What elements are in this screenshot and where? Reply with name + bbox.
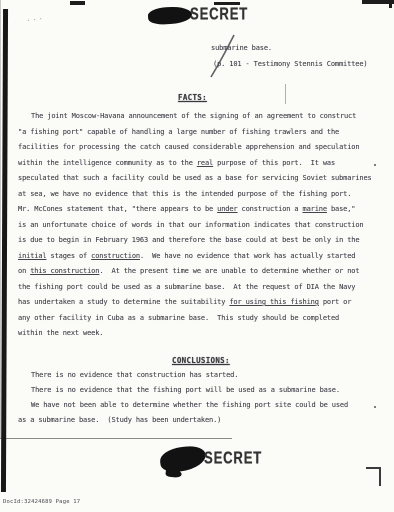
conclusions-list: There is no evidence that construction h… bbox=[18, 368, 380, 428]
conclusion-line: There is no evidence that construction h… bbox=[18, 368, 380, 383]
facts-line: "a fishing port" capable of handling a l… bbox=[18, 125, 380, 141]
facts-line: within the intelligence community as to … bbox=[18, 156, 380, 172]
facts-line: within the next week. bbox=[18, 326, 380, 342]
conclusion-line: There is no evidence that the fishing po… bbox=[18, 383, 380, 398]
annotation-citation: (p. 101 - Testimony Stennis Committee) bbox=[213, 60, 367, 68]
annotation-subject: submarine base. bbox=[211, 44, 272, 52]
facts-heading: FACTS: bbox=[178, 93, 207, 102]
document-page: ... SECRET submarine base. (p. 101 - Tes… bbox=[0, 0, 394, 512]
ink-blot-icon bbox=[159, 444, 208, 473]
scan-fold-mark bbox=[285, 84, 286, 104]
secret-stamp-top: SECRET bbox=[148, 6, 261, 24]
scan-corner-bracket bbox=[366, 467, 381, 486]
scan-edge-left-bar bbox=[1, 9, 8, 492]
secret-stamp-label: SECRET bbox=[204, 449, 262, 468]
pencil-marks: ... bbox=[26, 13, 46, 24]
facts-line: any other facility in Cuba as a submarin… bbox=[18, 311, 380, 327]
facts-line: The joint Moscow-Havana announcement of … bbox=[18, 109, 380, 125]
facts-line: at sea, we have no evidence that this is… bbox=[18, 187, 380, 203]
facts-line: initial stages of construction. We have … bbox=[18, 249, 380, 265]
scan-edge-inner-line bbox=[0, 0, 1, 438]
ink-blot-icon bbox=[147, 5, 192, 25]
facts-line: facilities for processing the catch caus… bbox=[18, 140, 380, 156]
facts-paragraph: The joint Moscow-Havana announcement of … bbox=[18, 109, 380, 342]
facts-line: has undertaken a study to determine the … bbox=[18, 295, 380, 311]
scan-edge-top-segment bbox=[70, 1, 85, 5]
secret-stamp-bottom: SECRET bbox=[160, 447, 275, 471]
facts-line: on this construction. At the present tim… bbox=[18, 264, 380, 280]
secret-stamp-label: SECRET bbox=[190, 5, 248, 24]
scan-edge-top-line bbox=[0, 438, 232, 439]
pen-stroke-icon bbox=[205, 33, 241, 79]
facts-line: is an unfortunate choice of words in tha… bbox=[18, 218, 380, 234]
conclusion-line: as a submarine base. (Study has been und… bbox=[18, 413, 380, 428]
scan-edge-right-tick bbox=[389, 0, 392, 8]
facts-line: Mr. McCones statement that, "there appea… bbox=[18, 202, 380, 218]
conclusion-line: We have not been able to determine wheth… bbox=[18, 398, 380, 413]
docid-footer: DocId:32424689 Page 17 bbox=[3, 499, 80, 505]
facts-line: speculated that such a facility could be… bbox=[18, 171, 380, 187]
conclusions-heading: CONCLUSIONS: bbox=[172, 356, 230, 365]
facts-line: the fishing port could be used as a subm… bbox=[18, 280, 380, 296]
facts-line: is due to begin in February 1963 and the… bbox=[18, 233, 380, 249]
